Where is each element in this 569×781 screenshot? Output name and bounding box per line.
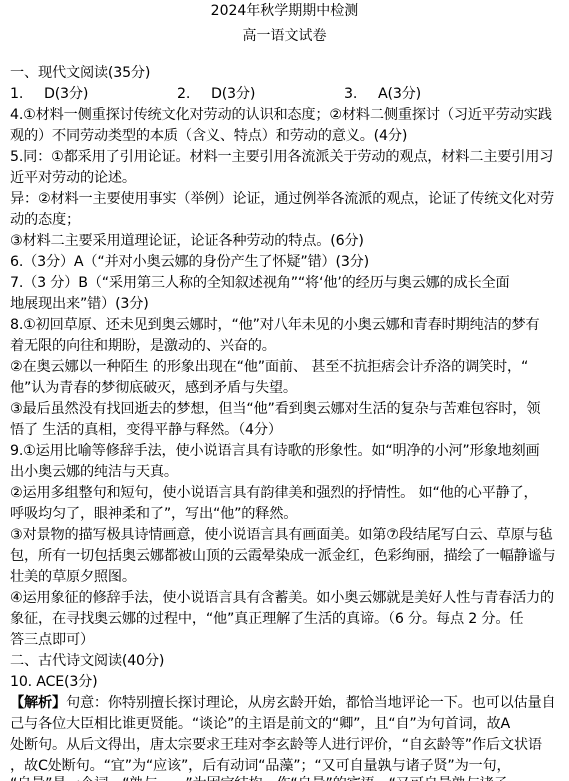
- answer-line: ④运用象征的修辞手法，使小说语言具有含蓄美。如小奥云娜就是美好人性与青春活力的: [10, 588, 562, 609]
- answer-line: 呼吸均匀了，眼神柔和了”，写出“他”的释然。: [10, 504, 562, 525]
- q10-answer: 10. ACE(3分): [10, 672, 562, 693]
- q10-analysis-line-cut-off: “自量”是一个词，“孰与……”为固定结构，作“自量”的宾语。“又可自量孰与诸子: [10, 774, 562, 781]
- section-heading-modern-reading: 一、现代文阅读(35分): [10, 63, 562, 84]
- q10-analysis-line: 己与各位大臣相比谁更贤能。“谈论”的主语是前文的“卿”，且“自”为句首词，故A: [10, 714, 562, 735]
- answer-line: 9.①运用比喻等修辞手法，使小说语言具有诗歌的形象性。如“明净的小河”形象地刻画: [10, 441, 562, 462]
- answer-line: 动的态度；: [10, 210, 562, 231]
- answer-line: 壮美的草原夕照图。: [10, 567, 562, 588]
- answer-line: 包，所有一切包括奥云娜都被山顶的云霞晕染成一派金红，色彩绚丽，描绘了一幅静谧与: [10, 546, 562, 567]
- section-heading-classical-reading: 二、古代诗文阅读(40分): [10, 651, 562, 672]
- q3-number: 3.: [344, 84, 378, 105]
- exam-answer-page: 2024年秋学期期中检测 高一语文试卷 一、现代文阅读(35分) 1.D(3分)…: [0, 0, 569, 781]
- answer-line: 6.（3分）A（“并对小奥云娜的身份产生了怀疑”错）(3分): [10, 252, 562, 273]
- answer-line: 7.（3 分）B（“采用第三人称的全知叙述视角”“将‘他’的经历与奥云娜的成长全…: [10, 273, 562, 294]
- answer-line: 出小奥云娜的纯洁与天真。: [10, 462, 562, 483]
- answer-line: ③对景物的描写极具诗情画意，使小说语言具有画面美。如第⑦段结尾写白云、草原与毡: [10, 525, 562, 546]
- answer-line: ③最后虽然没有找回逝去的梦想，但当“他”看到奥云娜对生活的复杂与苦难包容时，领: [10, 399, 562, 420]
- q2-answer: D(3分): [211, 84, 344, 105]
- answer-line: ②运用多组整句和短句，使小说语言具有韵律美和强烈的抒情性。 如“他的心平静了，: [10, 483, 562, 504]
- answer-line: 着无限的向往和期盼，是激动的、兴奋的。: [10, 336, 562, 357]
- answer-line: 悟了 生活的真相，变得平静与释然。（4分）: [10, 420, 562, 441]
- q10-analysis-line: 【解析】句意：你特别擅长探讨理论，从房玄龄开始，都恰当地评论一下。也可以估量自: [10, 693, 562, 714]
- answer-line: 近平对劳动的论述。: [10, 168, 562, 189]
- analysis-text: 句意：你特别擅长探讨理论，从房玄龄开始，都恰当地评论一下。也可以估量自: [66, 695, 556, 711]
- answer-line: 他”认为青春的梦彻底破灭，感到矛盾与失望。: [10, 378, 562, 399]
- q1-answer: D(3分): [44, 84, 177, 105]
- answer-line: 4.①材料一侧重探讨传统文化对劳动的认识和态度；②材料二侧重探讨（习近平劳动实践: [10, 105, 562, 126]
- answer-line: ③材料二主要采用道理论证，论证各种劳动的特点。(6分): [10, 231, 562, 252]
- q2-number: 2.: [177, 84, 211, 105]
- answer-line: 地展现出来”错）(3分): [10, 294, 562, 315]
- answer-line: 异：②材料一主要使用事实（举例）论证，通过例举各流派的观点，论证了传统文化对劳: [10, 189, 562, 210]
- answer-line: 8.①初回草原、还未见到奥云娜时，“他”对八年未见的小奥云娜和青春时期纯洁的梦有: [10, 315, 562, 336]
- multiple-choice-answers-row: 1.D(3分)2.D(3分)3.A(3分): [10, 84, 562, 105]
- answer-line: 象征，在寻找奥云娜的过程中，“他”真正理解了生活的真谛。（6 分。每点 2 分。…: [10, 609, 562, 630]
- answer-line: 答三点即可）: [10, 630, 562, 651]
- answer-line: 5.同：①都采用了引用论证。材料一主要引用各流派关于劳动的观点，材料二主要引用习: [10, 147, 562, 168]
- analysis-label: 【解析】: [10, 695, 66, 711]
- q10-analysis-line: 处断句。从后文得出，唐太宗要求王珪对李玄龄等人进行评价，“自玄龄等”作后文状语: [10, 735, 562, 756]
- q3-answer: A(3分): [378, 84, 511, 105]
- q1-number: 1.: [10, 84, 44, 105]
- answer-line: 观的）不同劳动类型的本质（含义、特点）和劳动的意义。(4分): [10, 126, 562, 147]
- answer-line: ②在奥云娜以一种陌生 的形象出现在“他”面前、 甚至不抗拒痞会计乔洛的调笑时，“: [10, 357, 562, 378]
- document-subtitle: 高一语文试卷: [0, 26, 569, 46]
- document-title: 2024年秋学期期中检测: [0, 1, 569, 21]
